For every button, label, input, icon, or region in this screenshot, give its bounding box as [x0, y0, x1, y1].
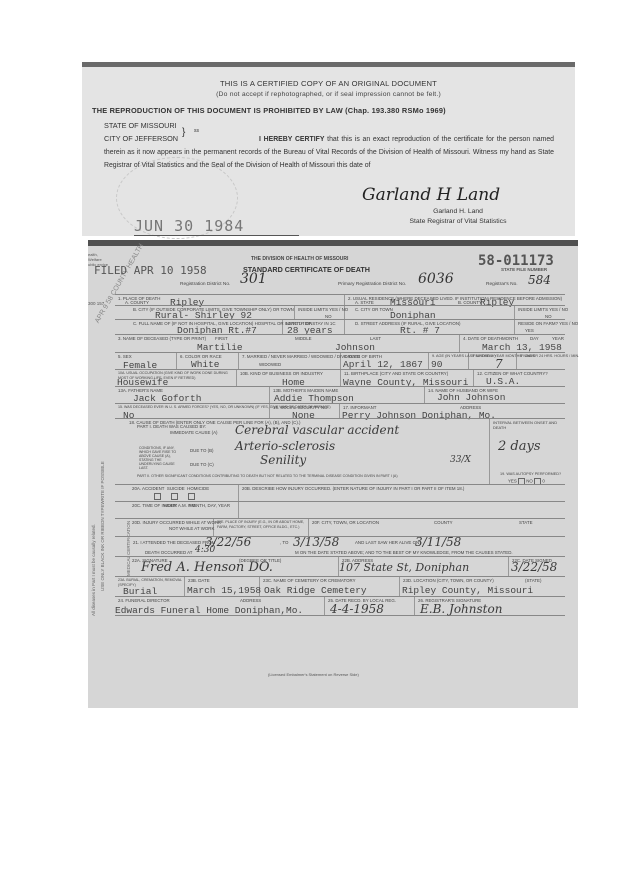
while-at-work-label: 20d. INJURY OCCURRED WHILE AT WORK	[132, 520, 221, 525]
conditions-label: Conditions, if any, which gave rise to a…	[139, 446, 184, 470]
marital-status: Widowed	[259, 362, 281, 367]
burial-date: March 15,1958	[187, 585, 261, 596]
immediate-cause: Cerebral vascular accident	[235, 423, 399, 437]
registrar-signature: Garland H Land	[362, 185, 500, 205]
residence-label: 2. USUAL RESIDENCE (Where deceased lived…	[348, 296, 562, 301]
death-certificate: ealth, Welfare ublic ervice 300 157 APR …	[88, 240, 578, 708]
burial-location: Ripley County, Missouri	[402, 585, 533, 596]
cemetery: Oak Ridge Cemetery	[264, 585, 367, 596]
immediate-cause-label: IMMEDIATE CAUSE (a)	[170, 430, 218, 435]
certificate-form: 1. PLACE OF DEATH a. COUNTY Ripley 2. US…	[115, 294, 565, 616]
certified-title: THIS IS A CERTIFIED COPY OF AN ORIGINAL …	[82, 79, 575, 88]
middle-label: Middle	[295, 336, 312, 341]
row-sex-race: 5. SEX Female 6. COLOR OR RACE White 7. …	[115, 352, 565, 369]
director-address-label: ADDRESS	[240, 598, 261, 603]
row-hospital: c. FULL NAME OF (If NOT in hospital, giv…	[115, 319, 565, 334]
year-label: Year	[552, 336, 564, 341]
autopsy-yes: YES	[508, 479, 517, 484]
burial-location-label: 23d. LOCATION (City, town, or county)	[403, 578, 494, 583]
death-time: 4:30	[195, 545, 215, 555]
row-place-county: 1. PLACE OF DEATH a. COUNTY Ripley 2. US…	[115, 294, 565, 305]
part2-label: PART II. OTHER SIGNIFICANT CONDITIONS CO…	[137, 474, 398, 479]
due-to-b: Arterio-sclerosis	[235, 439, 335, 453]
filed-stamp: FILED APR 10 1958	[94, 264, 207, 277]
occurred-tail: m on the date stated above; and to the b…	[295, 550, 513, 555]
date-stamp: JUN 30 1984	[134, 217, 299, 236]
sex-label: 5. SEX	[118, 354, 132, 359]
physician-signature: Fred A. Henson DO.	[141, 560, 273, 575]
margin-typewrite-note: USE ONLY BLACK INK OR RIBBON TYPEWRITE I…	[100, 461, 105, 591]
row-time-of-injury: 20c. TIME OF INJURY Hour a.m. p.m. Month…	[115, 501, 565, 518]
month-label: Month	[502, 336, 518, 341]
certify-lead: I HEREBY CERTIFY	[259, 136, 324, 143]
birthplace-label: 11. BIRTHPLACE (City and state or countr…	[344, 371, 448, 376]
embalmer-footnote: (Licensed Embalmer's Statement on Revers…	[268, 672, 359, 677]
row-cause-of-death: 18. CAUSE OF DEATH (Enter only one cause…	[115, 418, 565, 484]
certified-copy-header: THIS IS A CERTIFIED COPY OF AN ORIGINAL …	[82, 62, 575, 236]
registration-district-label: Registration District No.	[180, 282, 230, 287]
primary-district-label: Primary Registration District No.	[338, 282, 406, 287]
last-seen-label: and last saw her alive on	[355, 540, 419, 545]
describe-injury-label: 20b. DESCRIBE HOW INJURY OCCURRED. (Ente…	[242, 486, 464, 491]
row-injury-place: 20d. INJURY OCCURRED WHILE AT WORK NOT W…	[115, 518, 565, 536]
certify-statement: I HEREBY CERTIFY that this is an exact r…	[104, 133, 554, 172]
row-burial: 23a. BURIAL, CREMATION, REMOVAL (Specify…	[115, 576, 565, 596]
interval-label: INTERVAL BETWEEN ONSET AND DEATH	[493, 420, 563, 430]
death-inside-limits-label: Inside Limits Yes / No	[298, 307, 348, 312]
certify-text: that this is an exact reproduction of th…	[104, 136, 554, 169]
row-accident: 20a. ACCIDENT SUICIDE HOMICIDE 20b. DESC…	[115, 484, 565, 501]
registrar-name: Garland H. Land	[398, 208, 518, 215]
autopsy-mark: 0	[542, 479, 544, 484]
attended-to: 3/13/58	[293, 535, 339, 549]
row-city: b. CITY (If outside corporate limits, gi…	[115, 305, 565, 319]
cause-code: 33/X	[450, 455, 471, 465]
injury-state-label: STATE	[519, 520, 533, 525]
physician-address: 107 State St, Doniphan	[339, 561, 469, 574]
res-inside-limits-label: Inside Limits Yes / No	[518, 307, 568, 312]
burial-state-label: (State)	[525, 578, 541, 583]
director-label: 24. FUNERAL DIRECTOR	[118, 598, 170, 603]
accident-label: 20a. ACCIDENT	[132, 486, 164, 491]
date-of-death-label: 4. DATE OF DEATH	[463, 336, 502, 341]
injury-city-label: 20f. CITY, TOWN, OR LOCATION	[312, 520, 379, 525]
funeral-director: Edwards Funeral Home Doniphan,Mo.	[115, 605, 303, 616]
cemetery-label: 23c. NAME OF CEMETERY OR CREMATORY	[263, 578, 356, 583]
autopsy-no: NO	[526, 479, 533, 484]
date-received: 4-4-1958	[330, 602, 384, 616]
registrar-title: State Registrar of Vital Statistics	[368, 218, 548, 225]
state-label: STATE OF MISSOURI	[104, 121, 177, 130]
to-label: , to	[280, 540, 288, 545]
last-label: Last	[370, 336, 381, 341]
row-occupation: 10a. USUAL OCCUPATION (Give kind of work…	[115, 369, 565, 386]
manner-labels: 20a. ACCIDENT SUICIDE HOMICIDE	[132, 486, 209, 491]
place-of-injury-label: 20e. PLACE OF INJURY (e.g., in or about …	[217, 520, 307, 530]
day-label: Day	[530, 336, 539, 341]
local-registrar-signature: E.B. Johnston	[420, 602, 502, 616]
autopsy-label: 19. WAS AUTOPSY PERFORMED?	[500, 472, 561, 477]
due-c-label: DUE TO (c)	[190, 462, 214, 467]
prohibition-notice: THE REPRODUCTION OF THIS DOCUMENT IS PRO…	[92, 106, 585, 115]
row-attendance: 21. I attended the deceased from 3/22/56…	[115, 536, 565, 556]
due-b-label: DUE TO (b)	[190, 448, 214, 453]
farm-label: Reside on Farm? Yes / No	[518, 321, 578, 326]
last-seen: 3/11/58	[415, 535, 461, 549]
certified-subtitle: (Do not accept if rephotographed, or if …	[82, 91, 575, 98]
burial-date-label: 23b. DATE	[188, 578, 210, 583]
registrar-no: 584	[528, 273, 551, 287]
under24-label: IF UNDER 24 HRS. Hours / Min.	[520, 354, 579, 359]
registrar-no-label: Registrar's No.	[486, 282, 518, 287]
primary-district: 6036	[418, 271, 454, 287]
farm: Yes	[525, 328, 534, 333]
row-parents: 13a. FATHER'S NAME Jack Goforth 13b. MOT…	[115, 386, 565, 403]
manner-boxes	[154, 493, 195, 500]
spouse: John Johnson	[437, 392, 505, 403]
first-label: First	[215, 336, 228, 341]
row-name: 3. NAME OF DECEASED (Type or print) Firs…	[115, 334, 565, 352]
res-city-label: c. CITY OR TOWN	[355, 307, 393, 312]
suicide-label: SUICIDE	[167, 486, 185, 491]
injury-county-label: COUNTY	[434, 520, 453, 525]
registration-district: 301	[240, 271, 267, 287]
date-signed: 3/22/58	[511, 560, 557, 574]
row-physician: 22a. SIGNATURE (Degree or title) Fred A.…	[115, 556, 565, 576]
due-to-c: Senility	[260, 453, 306, 467]
row-armed-forces: 15. WAS DECEASED EVER IN U. S. ARMED FOR…	[115, 403, 565, 418]
homicide-label: HOMICIDE	[187, 486, 209, 491]
interval: 2 days	[498, 439, 541, 454]
row-funeral-director: 24. FUNERAL DIRECTOR ADDRESS Edwards Fun…	[115, 596, 565, 616]
business-label: 10b. KIND OF BUSINESS OR INDUSTRY	[240, 371, 323, 376]
mdy-label: Month, Day, Year	[189, 503, 230, 508]
not-while-at-work-label: NOT WHILE AT WORK	[169, 526, 214, 531]
part1-label: PART I. DEATH WAS CAUSED BY:	[137, 424, 206, 429]
margin-part1-note: All diseases in Part I must be causally …	[91, 524, 96, 616]
division-title: THE DIVISION OF HEALTH OF MISSOURI	[251, 256, 348, 262]
state-file-label: STATE FILE NUMBER	[501, 267, 547, 272]
occurred-label: Death occurred at	[145, 550, 192, 555]
name-label: 3. NAME OF DECEASED (Type or print)	[118, 336, 206, 341]
